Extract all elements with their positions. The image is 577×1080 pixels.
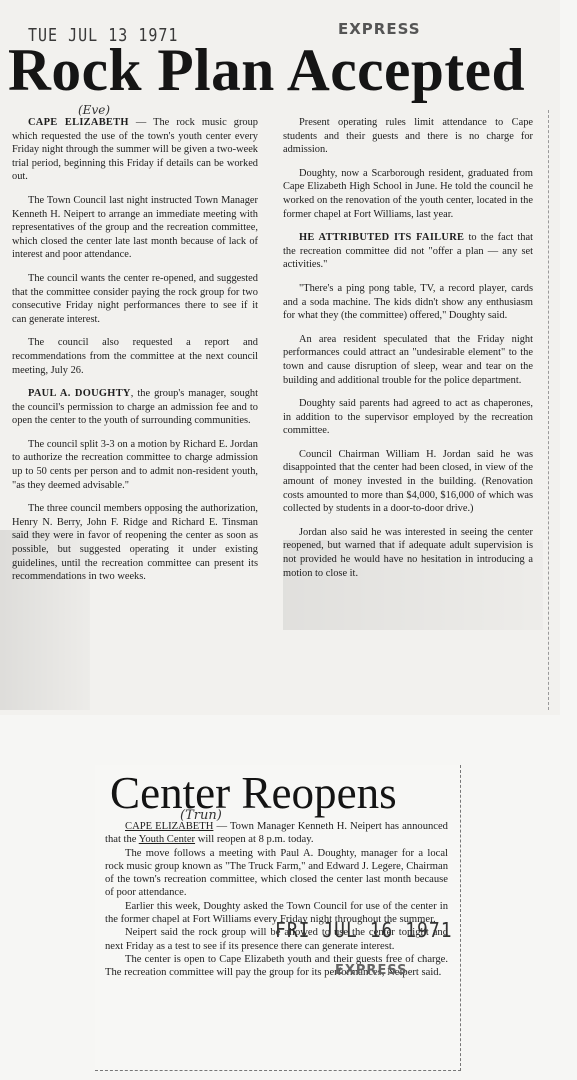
paragraph: The move follows a meeting with Paul A. …	[105, 847, 448, 900]
paragraph: The council also requested a report and …	[12, 336, 258, 377]
underlined-phrase: Youth Center	[139, 834, 195, 845]
headline: Center Reopens	[110, 768, 397, 818]
paragraph: "There's a ping pong table, TV, a record…	[283, 282, 533, 323]
publication-stamp: EXPRESS	[338, 20, 421, 38]
paragraph: An area resident speculated that the Fri…	[283, 333, 533, 387]
paragraph: PAUL A. DOUGHTY, the group's manager, so…	[12, 387, 258, 428]
paragraph: Doughty, now a Scarborough resident, gra…	[283, 167, 533, 221]
paragraph: The three council members opposing the a…	[12, 502, 258, 584]
paragraph: Doughty said parents had agreed to act a…	[283, 397, 533, 438]
paragraph: CAPE ELIZABETH — The rock music group wh…	[12, 116, 258, 184]
paragraph: The council split 3-3 on a motion by Ric…	[12, 438, 258, 492]
clipping-edge	[548, 110, 549, 710]
subhead-lead: HE ATTRIBUTED ITS FAILURE	[299, 232, 464, 243]
paragraph: Present operating rules limit attendance…	[283, 116, 533, 157]
dateline: CAPE ELIZABETH	[28, 117, 129, 128]
headline: Rock Plan Accepted	[8, 40, 548, 100]
paragraph: Council Chairman William H. Jordan said …	[283, 448, 533, 516]
article-column-1: CAPE ELIZABETH — The rock music group wh…	[12, 116, 258, 594]
article-body: CAPE ELIZABETH — Town Manager Kenneth H.…	[105, 820, 448, 980]
date-stamp: FRI JUL 16 1971	[275, 918, 453, 942]
article-column-2: Present operating rules limit attendance…	[283, 116, 533, 590]
paragraph: Jordan also said he was interested in se…	[283, 526, 533, 580]
publication-stamp: EXPRESS	[335, 963, 407, 978]
dateline: CAPE ELIZABETH	[125, 821, 213, 832]
paragraph: CAPE ELIZABETH — Town Manager Kenneth H.…	[105, 820, 448, 847]
paragraph: HE ATTRIBUTED ITS FAILURE to the fact th…	[283, 231, 533, 272]
paragraph: The council wants the center re-opened, …	[12, 272, 258, 326]
handwritten-note: (Eve)	[78, 103, 110, 117]
subhead-lead: PAUL A. DOUGHTY	[28, 388, 131, 399]
paragraph: The Town Council last night instructed T…	[12, 194, 258, 262]
